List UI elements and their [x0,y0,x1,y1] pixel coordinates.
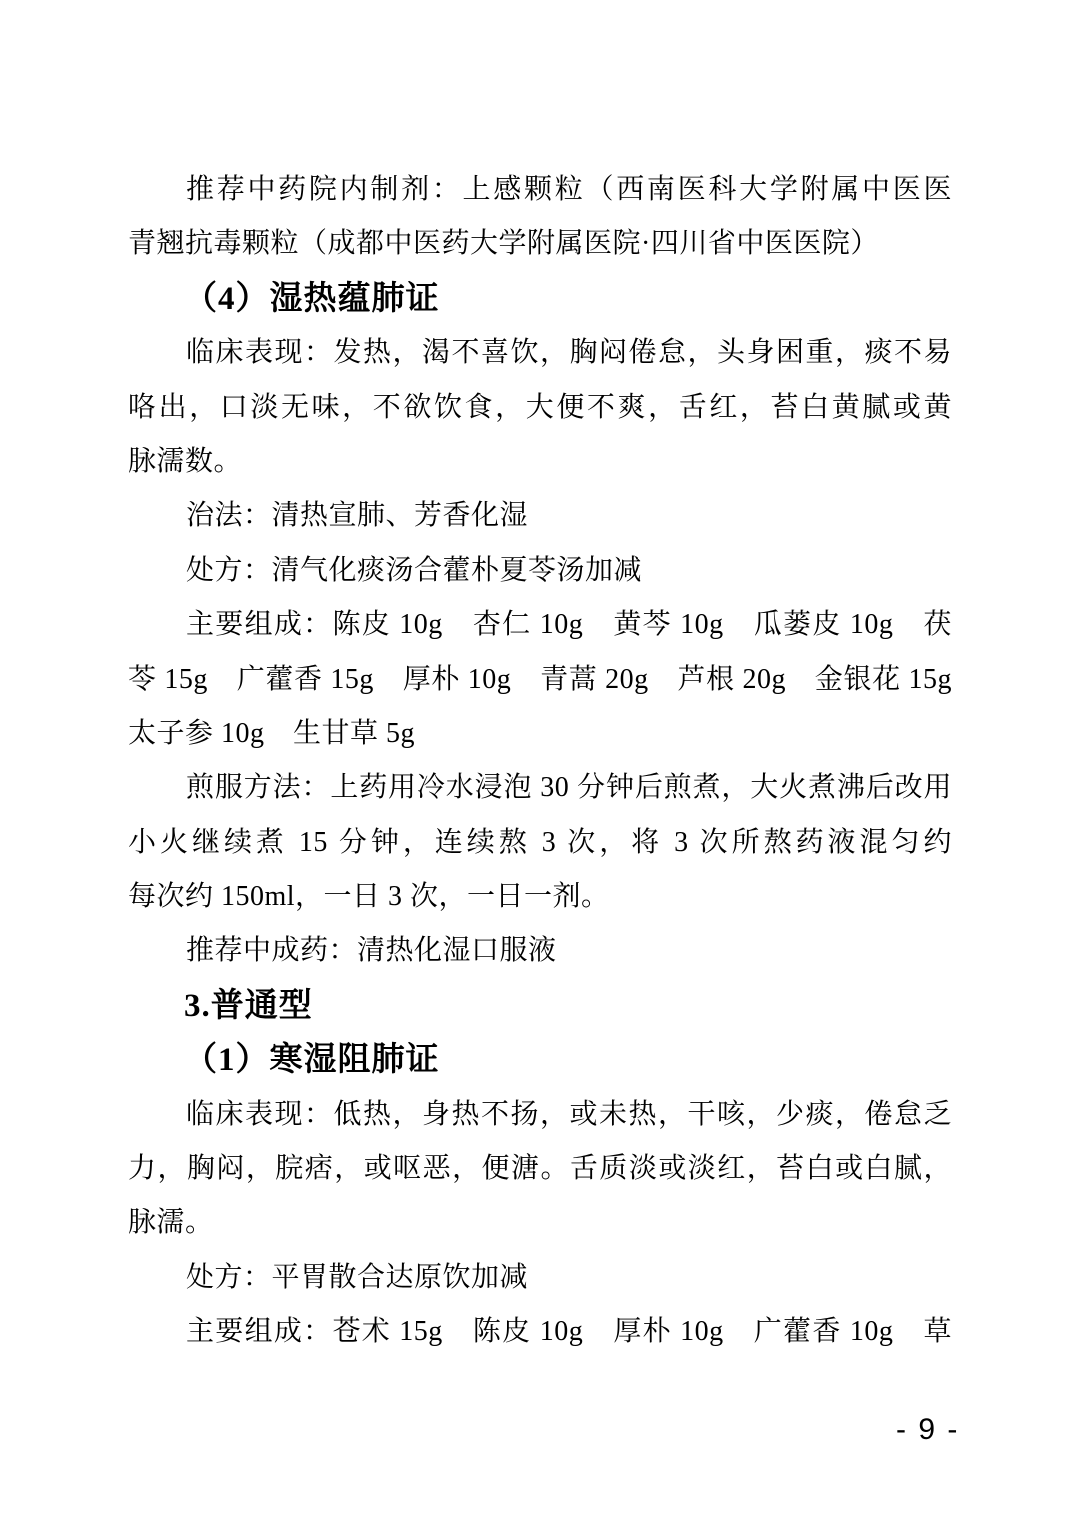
text-line: 每次约 150ml，一日 3 次，一日一剂。 [128,870,952,924]
text-line: 主要组成：苍术 15g 陈皮 10g 厚朴 10g 广藿香 10g 草 [128,1305,952,1359]
document-page: 推荐中药院内制剂：上感颗粒（西南医科大学附属中医医院）、 青翘抗毒颗粒（成都中医… [0,0,1080,1528]
text-line: 力，胸闷，脘痞，或呕恶，便溏。舌质淡或淡红，苔白或白腻， [128,1142,952,1196]
text-line: 煎服方法：上药用冷水浸泡 30 分钟后煎煮，大火煮沸后改用 [128,761,952,815]
section-heading-common-type: 3.普通型 [128,979,952,1033]
text-line: 苓 15g 广藿香 15g 厚朴 10g 青蒿 20g 芦根 20g 金银花 1… [128,653,952,707]
text-line: 推荐中药院内制剂：上感颗粒（西南医科大学附属中医医院）、 [128,163,952,217]
text-line: 太子参 10g 生甘草 5g [128,707,952,761]
text-line: 咯出，口淡无味，不欲饮食，大便不爽，舌红，苔白黄腻或黄腻， [128,381,952,435]
text-line: 小火继续煮 15 分钟，连续熬 3 次，将 3 次所熬药液混匀约 450ml， [128,816,952,870]
page-number: - 9 - [896,1412,959,1448]
text-line: 处方：平胃散合达原饮加减 [128,1251,952,1305]
section-heading-cold-damp: （1）寒湿阻肺证 [128,1033,952,1087]
text-line: 脉濡数。 [128,435,952,489]
text-line: 临床表现：发热，渴不喜饮，胸闷倦怠，头身困重，痰不易 [128,326,952,380]
text-line: 青翘抗毒颗粒（成都中医药大学附属医院·四川省中医医院） [128,217,952,271]
text-line: 推荐中成药：清热化湿口服液 [128,924,952,978]
text-line: 临床表现：低热，身热不扬，或未热，干咳，少痰，倦怠乏 [128,1088,952,1142]
text-line: 处方：清气化痰汤合藿朴夏苓汤加减 [128,544,952,598]
text-line: 脉濡。 [128,1196,952,1250]
text-line: 治法：清热宣肺、芳香化湿 [128,489,952,543]
document-body: 推荐中药院内制剂：上感颗粒（西南医科大学附属中医医院）、 青翘抗毒颗粒（成都中医… [128,163,952,1360]
text-line: 主要组成：陈皮 10g 杏仁 10g 黄芩 10g 瓜蒌皮 10g 茯 [128,598,952,652]
section-heading-damp-heat: （4）湿热蕴肺证 [128,272,952,326]
